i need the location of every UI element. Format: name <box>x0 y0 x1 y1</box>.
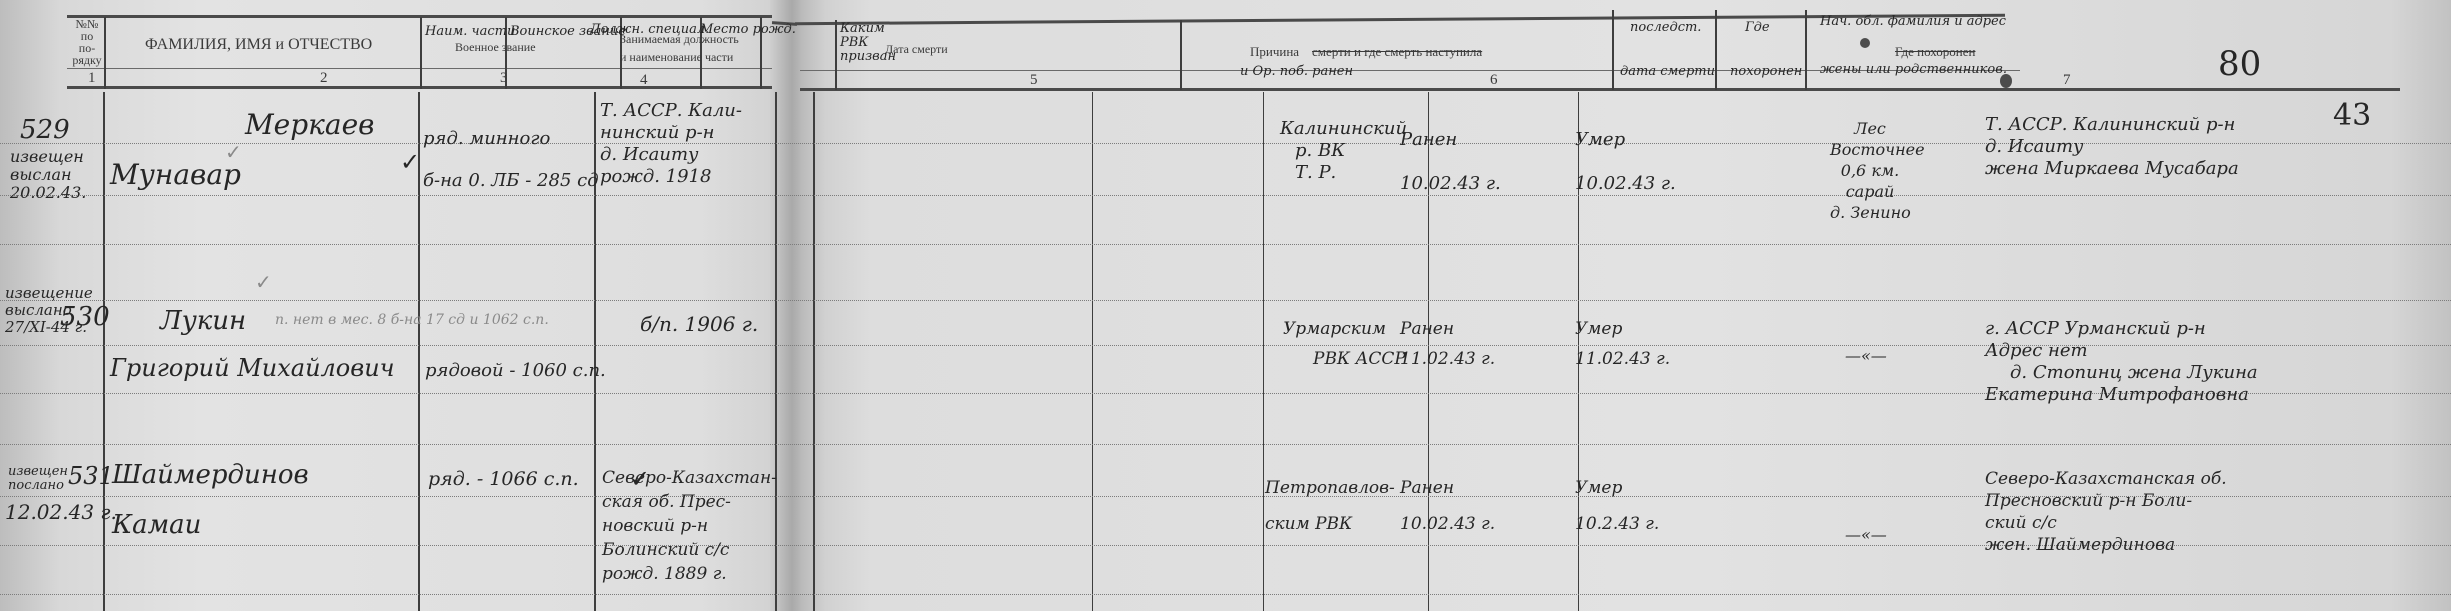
check-mark-icon: ✓ <box>400 148 420 176</box>
entry-note-line: выслан <box>10 166 86 184</box>
col6-hand-left: и Ор. поб. ранен <box>1240 64 1353 79</box>
col1-header-line: рядку <box>72 54 102 66</box>
header-bottom-rule-right <box>800 88 2400 91</box>
entry-surname: Шаймердинов <box>112 460 309 490</box>
birthplace-line: ская об. Прес- <box>602 490 777 514</box>
rvk-line: Петропавлов- <box>1265 470 1395 506</box>
book-gutter <box>770 0 825 611</box>
entry-cause: Ранен 10.02.43 г. <box>1400 470 1495 542</box>
entry-note-date: 12.02.43 г. <box>5 500 117 524</box>
header-sep-2 <box>420 17 422 89</box>
col7-hand-bottom: жены или родственников. <box>1820 62 2007 77</box>
ink-blot <box>2000 74 2012 88</box>
header-sep-1 <box>104 17 106 89</box>
entry-rvk: Урмарским РВК АССР <box>1283 314 1406 374</box>
header-sep-10 <box>1715 10 1717 90</box>
burial-line: д. Зенино <box>1830 202 1910 223</box>
cause-line: 10.02.43 г. <box>1400 162 1501 206</box>
col-number-3: 3 <box>500 70 508 87</box>
col2-header: ФАМИЛИЯ, ИМЯ и ОТЧЕСТВО <box>145 36 372 54</box>
death-line: Умер <box>1575 314 1670 344</box>
birthplace-line: новский р-н <box>602 514 777 538</box>
entry-birthplace: Т. АССР. Кали- нинский р-н д. Исаиту рож… <box>600 100 742 188</box>
col-number-6: 6 <box>1490 72 1498 89</box>
relatives-line: ский с/с <box>1985 512 2227 534</box>
entry-birthplace: б/п. 1906 г. <box>640 312 758 336</box>
entry-given-name: Григорий Михайлович <box>110 354 395 382</box>
col6-header: Причина <box>1250 44 1299 60</box>
death-line: 11.02.43 г. <box>1575 344 1670 374</box>
header-sep-11 <box>1805 10 1807 90</box>
entry-relatives: г. АССР Урманский р-н Адрес нет д. Стопи… <box>1985 318 2258 406</box>
relatives-line: Адрес нет <box>1985 340 2258 362</box>
col4-hand-top: Должн. специал. <box>590 22 709 37</box>
col-number-7: 7 <box>2063 72 2071 89</box>
entry-surname: Меркаев <box>245 108 374 141</box>
entry-number: 529 <box>20 115 70 145</box>
entry-rank-unit: ряд. - 1066 с.п. <box>428 468 579 490</box>
cause-line: Ранен <box>1400 470 1495 506</box>
rvk-line: Т. Р. <box>1280 162 1407 184</box>
check-mark-icon: ✓ <box>255 270 272 294</box>
death-line: Умер <box>1575 118 1676 162</box>
col3-header: Военное звание <box>455 40 536 55</box>
rank-line: б-на 0. ЛБ - 285 сд <box>423 160 599 202</box>
col4-header-2: и наименование части <box>620 50 733 65</box>
birthplace-line: Т. АССР. Кали- <box>600 100 742 122</box>
col1-header: №№ по по- рядку <box>72 18 102 66</box>
relatives-line: жена Миркаева Мусабара <box>1985 158 2239 180</box>
ruling-line <box>0 594 2451 595</box>
check-mark-icon: ✓ <box>225 140 242 164</box>
burial-line: сарай <box>1830 181 1910 202</box>
ruling-line <box>0 444 2451 445</box>
birthplace-line: рожд. 1889 г. <box>602 562 777 586</box>
entry-note-line: извещен <box>8 465 68 479</box>
entry-note: извещен выслан 20.02.43. <box>10 148 86 202</box>
rvk-line: РВК АССР <box>1283 344 1406 374</box>
entry-rvk: Петропавлов- ским РВК <box>1265 470 1395 542</box>
entry-rvk: Калининский р. ВК Т. Р. <box>1280 118 1407 184</box>
col-number-2: 2 <box>320 70 328 87</box>
col6-struck-header: смерти и где смерть наступила <box>1312 44 1482 60</box>
col7-hand-top: Нач. обл. фамилия и адрес <box>1820 14 2006 29</box>
entry-relatives: Северо-Казахстанская об. Пресновский р-н… <box>1985 468 2227 556</box>
entry-death: Умер 11.02.43 г. <box>1575 314 1670 374</box>
entry-death: Умер 10.2.43 г. <box>1575 470 1659 542</box>
body-sep-number <box>103 92 105 611</box>
relatives-line: Т. АССР. Калининский р-н <box>1985 114 2239 136</box>
birthplace-line: нинский р-н <box>600 122 742 144</box>
entry-number: 530 <box>60 302 110 332</box>
col-number-4: 4 <box>640 72 648 89</box>
cause-line: Ранен <box>1400 118 1501 162</box>
relatives-line: Пресновский р-н Боли- <box>1985 490 2227 512</box>
entry-note-line: извещен <box>10 148 86 166</box>
ink-blot <box>1860 38 1870 48</box>
rvk-line: р. ВК <box>1280 140 1407 162</box>
header-sep-8 <box>1180 20 1182 90</box>
entry-cause: Ранен 10.02.43 г. <box>1400 118 1501 206</box>
entry-note: извещен послано <box>8 465 68 493</box>
relatives-line: д. Исаиту <box>1985 136 2239 158</box>
entry-birthplace: Северо-Казахстан- ская об. Прес- новский… <box>602 466 777 586</box>
col6b-hand-top: Где <box>1745 20 1770 35</box>
birthplace-line: д. Исаиту <box>600 144 742 166</box>
col3-hand-top: Наим. части <box>425 24 515 39</box>
check-mark-icon: ✓ <box>630 465 650 493</box>
entry-note-line: извещение <box>5 285 93 302</box>
body-sep-rvk <box>1092 92 1093 611</box>
ruling-line <box>0 195 2451 196</box>
relatives-line: Северо-Казахстанская об. <box>1985 468 2227 490</box>
entry-burial: —«— <box>1845 346 1887 365</box>
body-sep-cause <box>1263 92 1264 611</box>
entry-given-name: Мунавар <box>110 158 241 191</box>
death-line: 10.02.43 г. <box>1575 162 1676 206</box>
entry-note-line: 20.02.43. <box>10 184 86 202</box>
margin-mark: 43 <box>2333 98 2371 133</box>
col4-hand-right: Место рожд. <box>700 22 796 37</box>
page-number: 80 <box>2218 44 2261 84</box>
header-sep-7 <box>835 20 837 90</box>
cause-line: 10.02.43 г. <box>1400 506 1495 542</box>
burial-line: Лес <box>1830 118 1910 139</box>
entry-given-name: Камаи <box>112 510 201 540</box>
relatives-line: жен. Шаймердинова <box>1985 534 2227 556</box>
rank-line: ряд. минного <box>423 118 599 160</box>
burial-line: 0,6 км. <box>1830 160 1910 181</box>
entry-burial: Лес Восточнее 0,6 км. сарай д. Зенино <box>1830 118 1910 223</box>
birthplace-line: рожд. 1918 <box>600 166 742 188</box>
death-line: Умер <box>1575 470 1659 506</box>
cause-line: Ранен <box>1400 314 1495 344</box>
relatives-line: д. Стопинц жена Лукина <box>1985 362 2258 384</box>
col6b-hand-bottom: похоронен <box>1730 64 1802 79</box>
relatives-line: Екатерина Митрофановна <box>1985 384 2258 406</box>
entry-surname: Лукин <box>160 306 246 336</box>
cause-line: 11.02.43 г. <box>1400 344 1495 374</box>
entry-burial: —«— <box>1845 525 1887 544</box>
rvk-line: Урмарским <box>1283 314 1406 344</box>
entry-note-line: послано <box>8 479 68 493</box>
entry-death: Умер 10.02.43 г. <box>1575 118 1676 206</box>
entry-number: 531 <box>68 462 114 490</box>
rvk-line: ским РВК <box>1265 506 1395 542</box>
birthplace-line: Болинский с/с <box>602 538 777 562</box>
relatives-line: г. АССР Урманский р-н <box>1985 318 2258 340</box>
burial-line: Восточнее <box>1830 139 1910 160</box>
ruling-line <box>0 244 2451 245</box>
col6-hand-top: последст. <box>1630 20 1701 35</box>
col-number-5: 5 <box>1030 72 1038 89</box>
body-sep-rvk-left <box>813 92 815 611</box>
entry-surname-note: п. нет в мес. 8 б-на 17 сд и 1062 с.п. <box>275 312 549 328</box>
col7-struck-header: Где похоронен <box>1895 44 1976 60</box>
birthplace-line: Северо-Казахстан- <box>602 466 777 490</box>
entry-rank-unit: ряд. минного б-на 0. ЛБ - 285 сд <box>423 118 599 202</box>
header-sep-9 <box>1612 10 1614 90</box>
col6-hand-bottom: дата смерти <box>1620 64 1715 79</box>
ruling-line <box>0 300 2451 301</box>
rvk-line: Калининский <box>1280 118 1407 140</box>
col-number-1: 1 <box>88 70 96 87</box>
entry-rank-unit: рядовой - 1060 с.п. <box>425 360 606 381</box>
col5-hand: Каким РВК призван <box>840 22 910 64</box>
entry-cause: Ранен 11.02.43 г. <box>1400 314 1495 374</box>
death-line: 10.2.43 г. <box>1575 506 1659 542</box>
entry-relatives: Т. АССР. Калининский р-н д. Исаиту жена … <box>1985 114 2239 180</box>
